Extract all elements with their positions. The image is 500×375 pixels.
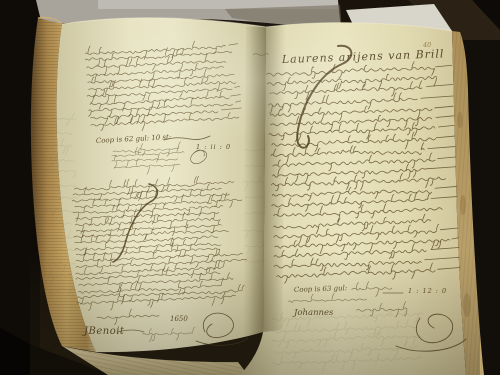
manuscript-photo-canvas: 40 Laurens arijens van Brill Coop is 62 … — [0, 0, 500, 375]
edge-stain — [457, 112, 463, 128]
manuscript-photo: 40 Laurens arijens van Brill Coop is 62 … — [0, 0, 500, 375]
top-light-glow — [60, 18, 450, 142]
left-amount: 1 : ii : 0 — [196, 143, 231, 151]
edge-stain — [460, 195, 466, 215]
bottom-vignette — [30, 250, 480, 375]
